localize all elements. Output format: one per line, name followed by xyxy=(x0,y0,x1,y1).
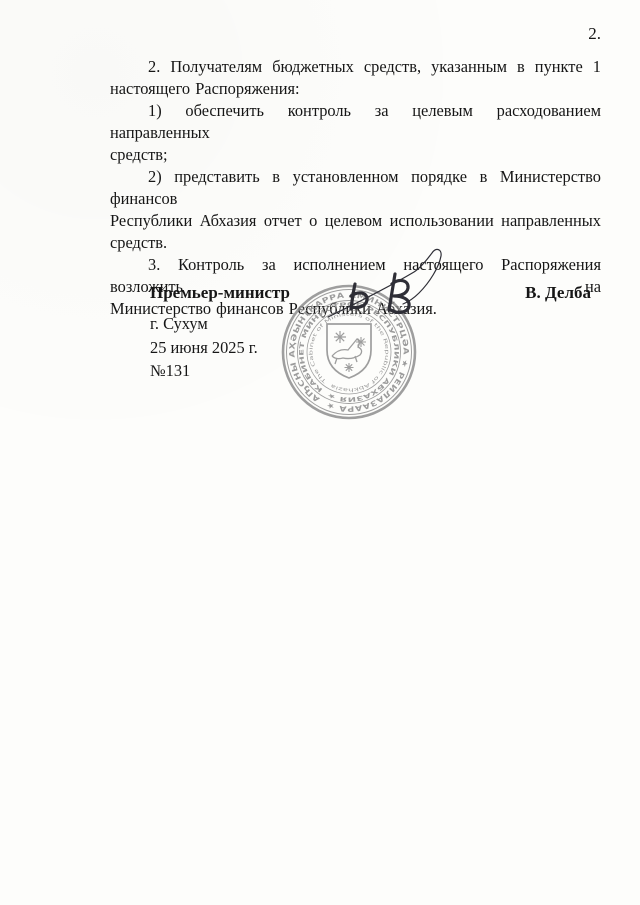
star-icon xyxy=(345,363,354,372)
seal-coat-of-arms xyxy=(327,324,371,378)
body-line: средств; xyxy=(110,144,601,166)
body-line: 2) представить в установленном порядке в… xyxy=(110,166,601,210)
svg-text:АҦСНЫ АҲӘЫНҬҚАРРА АМИНИСТРЦӘА: АҦСНЫ АҲӘЫНҬҚАРРА АМИНИСТРЦӘА ★ РЕИЛАЗАА… xyxy=(264,267,434,437)
body-line: 1) обеспечить контроль за целевым расход… xyxy=(110,100,601,144)
document-city: г. Сухум xyxy=(150,314,208,334)
seal-graphic: АҦСНЫ АҲӘЫНҬҚАРРА АМИНИСТРЦӘА ★ РЕИЛАЗАА… xyxy=(264,267,434,437)
star-icon xyxy=(334,331,346,343)
body-line: 2. Получателям бюджетных средств, указан… xyxy=(110,56,601,78)
svg-text:КАБИНЕТ МИНИСТРОВ РЕСПУБЛИКИ А: КАБИНЕТ МИНИСТРОВ РЕСПУБЛИКИ АБХАЗИЯ ★ xyxy=(279,282,420,423)
document-date: 25 июня 2025 г. xyxy=(150,338,258,358)
star-icon xyxy=(356,337,366,347)
page-number: 2. xyxy=(110,24,601,44)
document-number: №131 xyxy=(150,361,190,381)
horseman-figure xyxy=(332,339,362,364)
seal-middle-ring-text: КАБИНЕТ МИНИСТРОВ РЕСПУБЛИКИ АБХАЗИЯ ★ xyxy=(279,282,420,423)
body-line: Республики Абхазия отчет о целевом испол… xyxy=(110,210,601,232)
document-page: 2. 2. Получателям бюджетных средств, ука… xyxy=(0,0,640,905)
seal-outer-ring-text: АҦСНЫ АҲӘЫНҬҚАРРА АМИНИСТРЦӘА ★ РЕИЛАЗАА… xyxy=(264,267,434,437)
signatory-name: В. Делба xyxy=(525,283,591,303)
body-line: настоящего Распоряжения: xyxy=(110,78,601,100)
official-seal: АҦСНЫ АҲӘЫНҬҚАРРА АМИНИСТРЦӘА ★ РЕИЛАЗАА… xyxy=(262,240,462,440)
